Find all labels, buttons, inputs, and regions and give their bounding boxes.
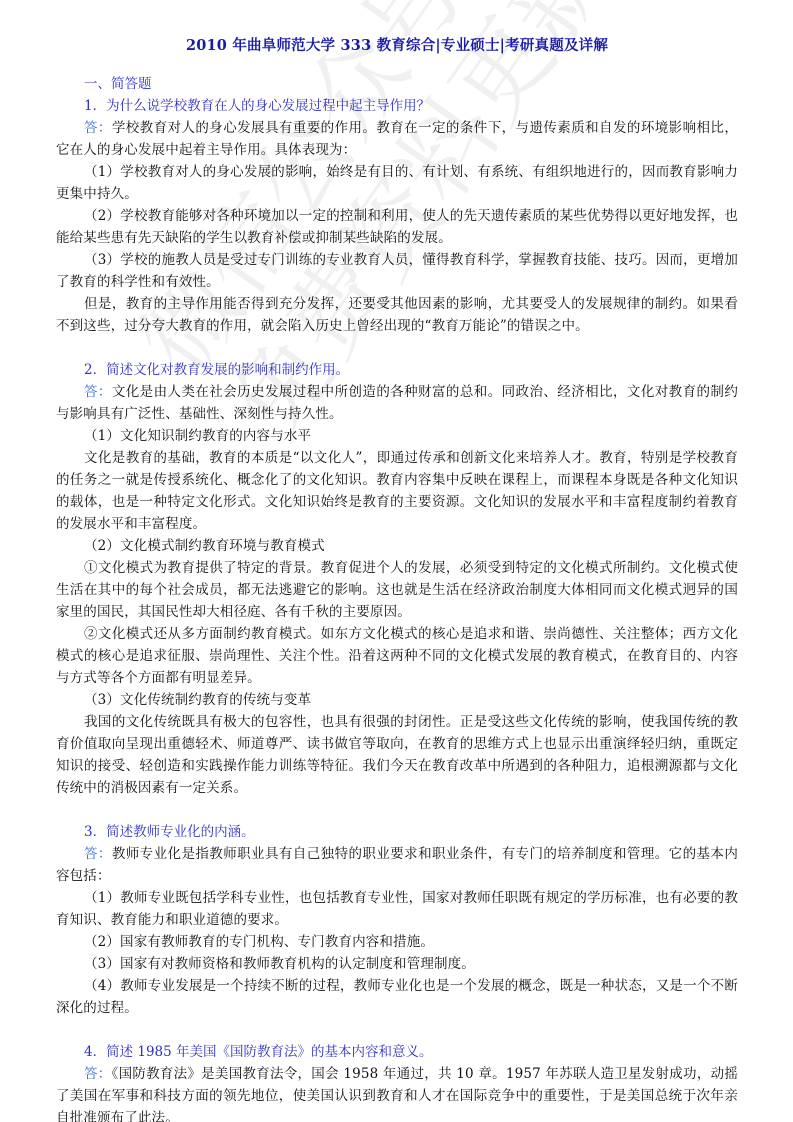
answer-text: 教师专业化是指教师职业具有自己独特的职业要求和职业条件，有专门的培养制度和管理。… [56, 846, 738, 884]
answer-paragraph: （3）国家有对教师资格和教师教育机构的认定制度和管理制度。 [56, 953, 738, 975]
question-text: 3．简述教师专业化的内涵。 [56, 821, 738, 843]
answer-subheading: （2）文化模式制约教育环境与教育模式 [56, 535, 738, 557]
question-text: 1．为什么说学校教育在人的身心发展过程中起主导作用？ [56, 95, 738, 117]
question-block: 2．简述文化对教育发展的影响和制约作用。 答：文化是由人类在社会历史发展过程中所… [56, 359, 738, 799]
answer-label: 答： [84, 846, 112, 862]
answer-text: 学校教育对人的身心发展具有重要的作用。教育在一定的条件下，与遗传素质和自发的环境… [56, 120, 738, 158]
answer-text: 文化是由人类在社会历史发展过程中所创造的各种财富的总和。同政治、经济相比，文化对… [56, 384, 738, 422]
answer-subheading: （1）文化知识制约教育的内容与水平 [56, 425, 738, 447]
question-block: 4．简述 1985 年美国《国防教育法》的基本内容和意义。 答：《国防教育法》是… [56, 1041, 738, 1122]
question-text: 2．简述文化对教育发展的影响和制约作用。 [56, 359, 738, 381]
answer-subheading: （3）文化传统制约教育的传统与变革 [56, 689, 738, 711]
answer-paragraph: 答：文化是由人类在社会历史发展过程中所创造的各种财富的总和。同政治、经济相比，文… [56, 381, 738, 425]
answer-paragraph: 答：教师专业化是指教师职业具有自己独特的职业要求和职业条件，有专门的培养制度和管… [56, 843, 738, 887]
answer-paragraph: 答：《国防教育法》是美国教育法令，国会 1958 年通过，共 10 章。1957… [56, 1063, 738, 1122]
question-block: 3．简述教师专业化的内涵。 答：教师专业化是指教师职业具有自己独特的职业要求和职… [56, 821, 738, 1019]
answer-paragraph: （3）学校的施教人员是受过专门训练的专业教育人员，懂得教育科学，掌握教育技能、技… [56, 249, 738, 293]
document-page: 2010 年曲阜师范大学 333 教育综合|专业硕士|考研真题及详解 一、简答题… [56, 34, 738, 1122]
answer-paragraph: （1）学校教育对人的身心发展的影响，始终是有目的、有计划、有系统、有组织地进行的… [56, 161, 738, 205]
answer-paragraph: ②文化模式还从多方面制约教育模式。如东方文化模式的核心是追求和谐、崇尚德性、关注… [56, 623, 738, 689]
answer-paragraph: 我国的文化传统既具有极大的包容性，也具有很强的封闭性。正是受这些文化传统的影响，… [56, 711, 738, 799]
answer-paragraph: 答：学校教育对人的身心发展具有重要的作用。教育在一定的条件下，与遗传素质和自发的… [56, 117, 738, 161]
answer-paragraph: 文化是教育的基础，教育的本质是“以文化人”，即通过传承和创新文化来培养人才。教育… [56, 447, 738, 535]
answer-label: 答： [84, 1066, 112, 1082]
question-block: 1．为什么说学校教育在人的身心发展过程中起主导作用？ 答：学校教育对人的身心发展… [56, 95, 738, 337]
spacer [56, 799, 738, 821]
answer-text: 《国防教育法》是美国教育法令，国会 1958 年通过，共 10 章。1957 年… [56, 1066, 738, 1122]
question-text: 4．简述 1985 年美国《国防教育法》的基本内容和意义。 [56, 1041, 738, 1063]
document-title: 2010 年曲阜师范大学 333 教育综合|专业硕士|考研真题及详解 [56, 34, 738, 55]
answer-paragraph: （1）教师专业既包括学科专业性，也包括教育专业性，国家对教师任职既有规定的学历标… [56, 887, 738, 931]
answer-label: 答： [84, 384, 112, 400]
answer-paragraph: （2）国家有教师教育的专门机构、专门教育内容和措施。 [56, 931, 738, 953]
spacer [56, 1019, 738, 1041]
answer-label: 答： [84, 120, 112, 136]
answer-paragraph: （4）教师专业发展是一个持续不断的过程，教师专业化也是一个发展的概念，既是一种状… [56, 975, 738, 1019]
answer-paragraph: ①文化模式为教育提供了特定的背景。教育促进个人的发展，必须受到特定的文化模式所制… [56, 557, 738, 623]
answer-paragraph: 但是，教育的主导作用能否得到充分发挥，还要受其他因素的影响，尤其要受人的发展规律… [56, 293, 738, 337]
section-heading: 一、简答题 [56, 73, 738, 95]
spacer [56, 337, 738, 359]
answer-paragraph: （2）学校教育能够对各种环境加以一定的控制和利用，使人的先天遗传素质的某些优势得… [56, 205, 738, 249]
